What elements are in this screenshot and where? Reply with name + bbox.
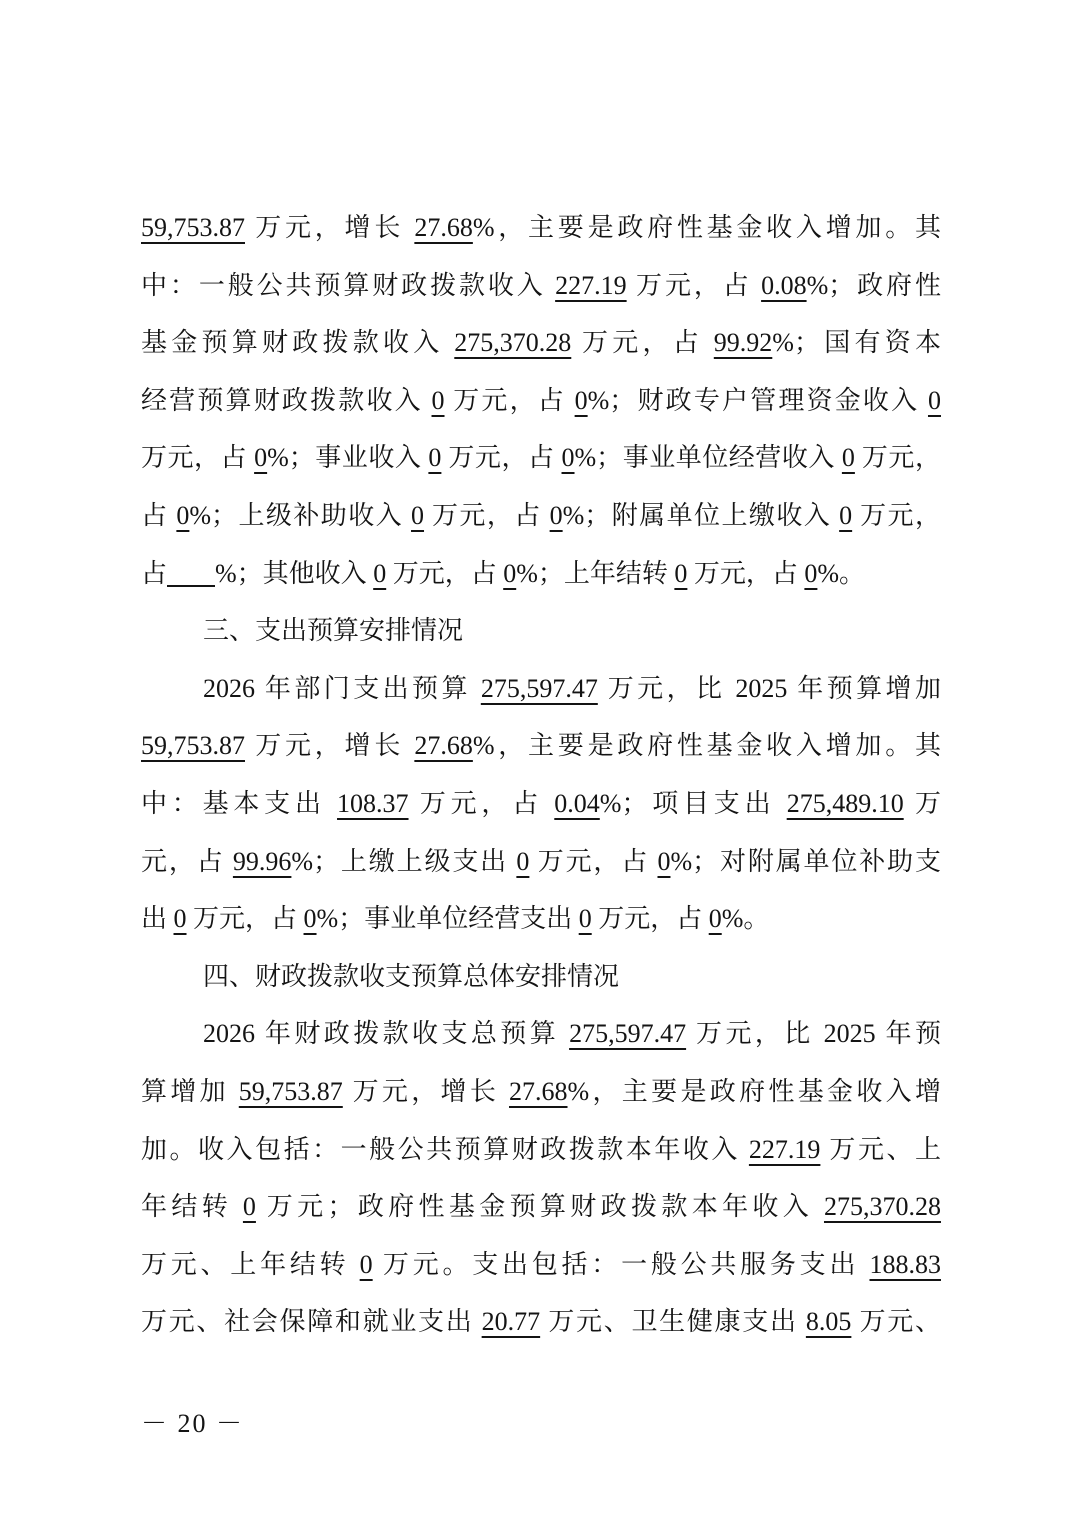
text-segment: 万元，增长 [245, 731, 414, 760]
text-segment: 占 [141, 501, 176, 530]
text-segment: 加。收入包括：一般公共预算财政拨款本年收入 [141, 1135, 749, 1164]
underlined-value: 0 [550, 501, 563, 530]
text-segment: 三、支出预算安排情况 [203, 616, 463, 645]
text-line: 2026 年财政拨款收支总预算 275,597.47 万元，比 2025 年预 [141, 1005, 941, 1063]
underlined-value: 0 [254, 443, 267, 472]
text-segment: 万元、上年结转 [141, 1250, 360, 1279]
text-line: 59,753.87 万元，增长 27.68%，主要是政府性基金收入增加。其 [141, 717, 941, 775]
underlined-value: 0 [842, 443, 855, 472]
text-line: 万元、社会保障和就业支出 20.77 万元、卫生健康支出 8.05 万元、 [141, 1293, 941, 1351]
underlined-value: 59,753.87 [141, 213, 245, 242]
underlined-value: 0 [373, 559, 386, 588]
text-segment: %；事业收入 [267, 443, 428, 472]
text-segment: 万元，占 [424, 501, 550, 530]
text-segment: 万元，比 2025 年预算增加 [598, 674, 941, 703]
underlined-value: 8.05 [806, 1307, 852, 1336]
text-line: 基金预算财政拨款收入 275,370.28 万元，占 99.92%；国有资本 [141, 314, 941, 372]
blank-underline [167, 585, 215, 587]
text-segment: 万元，占 [529, 847, 657, 876]
text-segment: 万元， [855, 443, 941, 472]
text-segment: %。 [817, 559, 865, 588]
text-segment: 2026 年部门支出预算 [203, 674, 481, 703]
underlined-value: 0 [839, 501, 852, 530]
underlined-value: 0 [516, 847, 529, 876]
text-segment: %；国有资本 [772, 328, 941, 357]
text-segment: 四、财政拨款收支预算总体安排情况 [203, 962, 619, 991]
text-segment: 万元，占 [687, 559, 804, 588]
text-segment: %。 [722, 904, 770, 933]
text-line: 年结转 0 万元；政府性基金预算财政拨款本年收入 275,370.28 [141, 1178, 941, 1236]
text-segment: %；事业单位经营收入 [575, 443, 842, 472]
underlined-value: 0 [176, 501, 189, 530]
text-segment: 万元， [852, 501, 941, 530]
text-segment: 万元，占 [187, 904, 304, 933]
text-segment: %；项目支出 [600, 789, 787, 818]
page-body: 59,753.87 万元，增长 27.68%，主要是政府性基金收入增加。其中：一… [141, 199, 941, 1351]
underlined-value: 27.68 [414, 213, 473, 242]
text-line: 万元，占 0%；事业收入 0 万元，占 0%；事业单位经营收入 0 万元， [141, 429, 941, 487]
text-segment: 万 [904, 789, 941, 818]
text-segment: 万元、 [851, 1307, 941, 1336]
underlined-value: 0 [804, 559, 817, 588]
underlined-value: 0 [360, 1250, 373, 1279]
underlined-value: 275,370.28 [454, 328, 571, 357]
underlined-value: 108.37 [337, 789, 409, 818]
underlined-value: 0 [428, 443, 441, 472]
text-segment: 万元，占 [627, 271, 761, 300]
text-segment: 万元；政府性基金预算财政拨款本年收入 [256, 1192, 824, 1221]
underlined-value: 0 [432, 386, 445, 415]
underlined-value: 0 [709, 904, 722, 933]
underlined-value: 0 [575, 386, 588, 415]
text-line: 占%；其他收入 0 万元，占 0%；上年结转 0 万元，占 0%。 [141, 545, 941, 603]
text-segment: %；上级补助收入 [189, 501, 411, 530]
text-segment: 万元，占 [141, 443, 254, 472]
underlined-value: 0.04 [554, 789, 600, 818]
text-line: 2026 年部门支出预算 275,597.47 万元，比 2025 年预算增加 [141, 660, 941, 718]
text-segment: 万元，占 [386, 559, 503, 588]
underlined-value: 0 [579, 904, 592, 933]
text-segment: %；上年结转 [516, 559, 674, 588]
text-segment: 中：基本支出 [141, 789, 337, 818]
text-segment: 万元，占 [571, 328, 714, 357]
text-segment: %；上缴上级支出 [291, 847, 516, 876]
underlined-value: 0 [928, 386, 941, 415]
text-segment: %，主要是政府性基金收入增 [568, 1077, 941, 1106]
text-line: 59,753.87 万元，增长 27.68%，主要是政府性基金收入增加。其 [141, 199, 941, 257]
text-line: 中：基本支出 108.37 万元，占 0.04%；项目支出 275,489.10… [141, 775, 941, 833]
text-line: 元，占 99.96%；上缴上级支出 0 万元，占 0%；对附属单位补助支 [141, 833, 941, 891]
underlined-value: 275,597.47 [569, 1019, 686, 1048]
text-segment: 万元、上 [820, 1135, 941, 1164]
underlined-value: 275,489.10 [787, 789, 904, 818]
text-segment: 万元，占 [441, 443, 561, 472]
text-segment: 万元。支出包括：一般公共服务支出 [373, 1250, 870, 1279]
text-segment: 2026 年财政拨款收支总预算 [203, 1019, 569, 1048]
text-line: 加。收入包括：一般公共预算财政拨款本年收入 227.19 万元、上 [141, 1121, 941, 1179]
text-segment: 年结转 [141, 1192, 243, 1221]
underlined-value: 0 [411, 501, 424, 530]
text-segment: %；附属单位上缴收入 [563, 501, 840, 530]
underlined-value: 188.83 [869, 1250, 941, 1279]
underlined-value: 0 [657, 847, 670, 876]
text-segment: 元，占 [141, 847, 233, 876]
underlined-value: 0.08 [761, 271, 807, 300]
underlined-value: 0 [503, 559, 516, 588]
section-heading-3: 三、支出预算安排情况 [141, 602, 941, 660]
text-segment: %，主要是政府性基金收入增加。其 [473, 731, 941, 760]
underlined-value: 0 [304, 904, 317, 933]
underlined-value: 275,597.47 [481, 674, 598, 703]
text-segment: 万元，增长 [245, 213, 414, 242]
underlined-value: 275,370.28 [824, 1192, 941, 1221]
underlined-value: 0 [174, 904, 187, 933]
text-segment: %；对附属单位补助支 [670, 847, 940, 876]
text-segment: 万元、卫生健康支出 [540, 1307, 806, 1336]
page-number: － 20 － [141, 1403, 244, 1445]
text-segment: %；政府性 [807, 271, 941, 300]
underlined-value: 27.68 [414, 731, 473, 760]
text-line: 经营预算财政拨款收入 0 万元，占 0%；财政专户管理资金收入 0 [141, 372, 941, 430]
text-segment: %；财政专户管理资金收入 [588, 386, 928, 415]
underlined-value: 0 [562, 443, 575, 472]
text-line: 占 0%；上级补助收入 0 万元，占 0%；附属单位上缴收入 0 万元， [141, 487, 941, 545]
text-segment: 基金预算财政拨款收入 [141, 328, 454, 357]
document-page: 59,753.87 万元，增长 27.68%，主要是政府性基金收入增加。其中：一… [0, 0, 1074, 1520]
text-segment: 万元，占 [592, 904, 709, 933]
text-segment: 万元，比 2025 年预 [686, 1019, 941, 1048]
text-segment: %；事业单位经营支出 [317, 904, 579, 933]
section-heading-4: 四、财政拨款收支预算总体安排情况 [141, 948, 941, 1006]
underlined-value: 27.68 [509, 1077, 568, 1106]
text-segment: 万元，占 [409, 789, 555, 818]
text-segment: 经营预算财政拨款收入 [141, 386, 432, 415]
underlined-value: 59,753.87 [141, 731, 245, 760]
text-segment: 出 [141, 904, 174, 933]
text-line: 中：一般公共预算财政拨款收入 227.19 万元，占 0.08%；政府性 [141, 257, 941, 315]
underlined-value: 59,753.87 [239, 1077, 343, 1106]
text-segment: 算增加 [141, 1077, 239, 1106]
underlined-value: 99.92 [714, 328, 773, 357]
text-segment: 万元、社会保障和就业支出 [141, 1307, 482, 1336]
underlined-value: 227.19 [555, 271, 627, 300]
text-segment: 万元，增长 [343, 1077, 509, 1106]
underlined-value: 0 [674, 559, 687, 588]
underlined-value: 0 [243, 1192, 256, 1221]
text-line: 算增加 59,753.87 万元，增长 27.68%，主要是政府性基金收入增 [141, 1063, 941, 1121]
text-segment: 中：一般公共预算财政拨款收入 [141, 271, 555, 300]
text-segment: 万元，占 [445, 386, 575, 415]
text-segment: 占 [141, 559, 167, 588]
underlined-value: 99.96 [233, 847, 292, 876]
text-line: 出 0 万元，占 0%；事业单位经营支出 0 万元，占 0%。 [141, 890, 941, 948]
text-line: 万元、上年结转 0 万元。支出包括：一般公共服务支出 188.83 [141, 1236, 941, 1294]
text-segment: %；其他收入 [215, 559, 373, 588]
underlined-value: 227.19 [749, 1135, 821, 1164]
underlined-value: 20.77 [482, 1307, 541, 1336]
text-segment: %，主要是政府性基金收入增加。其 [473, 213, 941, 242]
